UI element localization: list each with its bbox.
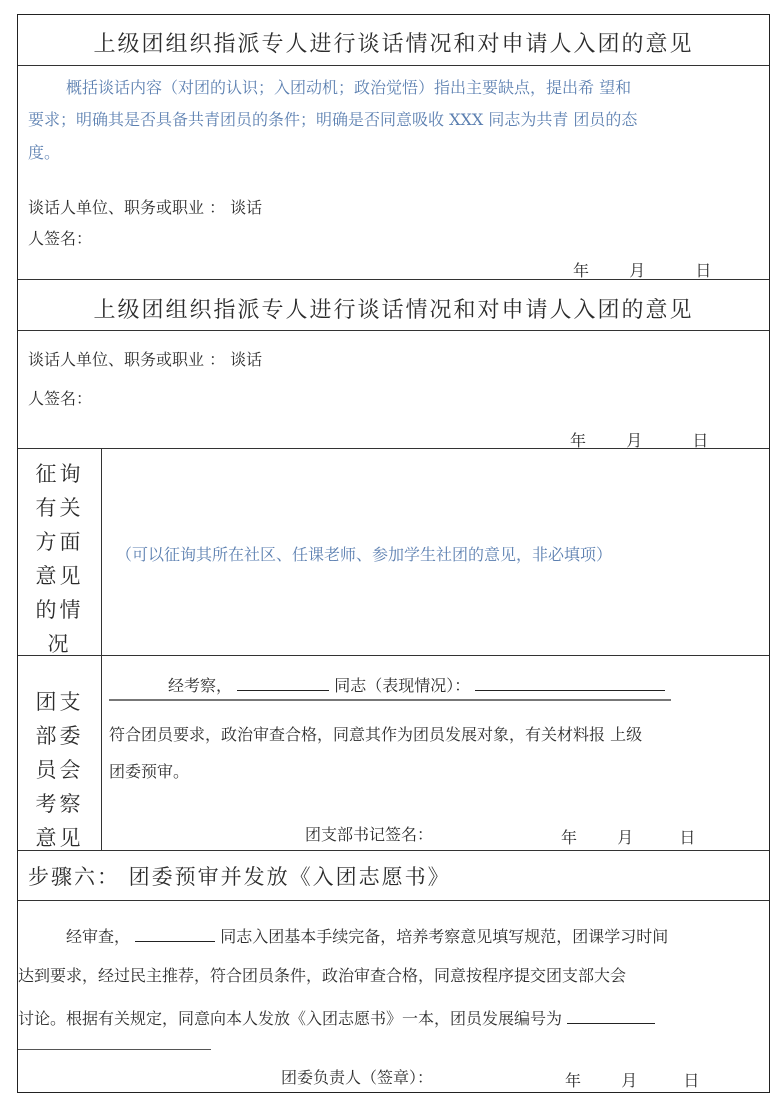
- comrade-name-blank[interactable]: [135, 925, 215, 942]
- side-label-line: 员会: [18, 753, 101, 787]
- side-label-line: 有关: [18, 491, 101, 525]
- section4-line1: 经考察， 同志（表现情况）：: [168, 674, 665, 696]
- line1-prefix: 经审查，: [66, 927, 130, 946]
- comrade-name-blank[interactable]: [237, 674, 329, 691]
- side-label-line: 方面: [18, 525, 101, 559]
- year-label: 年: [565, 1068, 581, 1091]
- line1-suffix: 同志入团基本手续完备，培养考察意见填写规范，团课学习时间: [220, 927, 668, 946]
- column-divider: [101, 448, 102, 850]
- section5-line3: 讨论。根据有关规定，同意向本人发放《入团志愿书》一本，团员发展编号为: [18, 1007, 655, 1029]
- section5-date[interactable]: 年 月 日: [565, 1068, 699, 1091]
- line1-prefix: 经考察，: [168, 676, 232, 695]
- section2-title: 上级团组织指派专人进行谈话情况和对申请人入团的意见: [18, 293, 769, 324]
- line1-middle: 同志（表现情况）：: [334, 676, 470, 695]
- side-label-line: 意见: [18, 559, 101, 593]
- section5-line1: 经审查， 同志入团基本手续完备，培养考察意见填写规范，团课学习时间: [66, 925, 668, 947]
- section4-body-line2: 团委预审。: [109, 762, 189, 782]
- side-label-line: 的情: [18, 593, 101, 627]
- side-label-line: 部委: [18, 719, 101, 753]
- year-label: 年: [573, 258, 589, 281]
- section1-interviewer-field[interactable]: 谈话人单位、职务或职业 ： 谈话: [28, 198, 262, 218]
- section3-hint[interactable]: （可以征询其所在社区、任课老师、参加学生社团的意见，非必填项）: [116, 545, 612, 565]
- section5-line2: 达到要求，经过民主推荐，符合团员条件，政治审查合格，同意按程序提交团支部大会: [18, 966, 626, 986]
- side-label-line: 团支: [18, 685, 101, 719]
- divider: [18, 330, 769, 331]
- performance-blank[interactable]: [475, 674, 665, 691]
- divider: [18, 900, 769, 901]
- section2-signature-field[interactable]: 人签名：: [28, 389, 92, 409]
- section4-date[interactable]: 年 月 日: [561, 825, 695, 848]
- side-label-line: 考察: [18, 787, 101, 821]
- divider: [18, 448, 769, 449]
- section1-instruction-line3: 度。: [28, 143, 60, 163]
- side-label-line: 征询: [18, 457, 101, 491]
- section1-instruction-line1: 概括谈话内容（对团的认识；入团动机；政治觉悟）指出主要缺点，提出希 望和: [66, 78, 631, 98]
- divider: [18, 279, 769, 280]
- section5-signature-field[interactable]: 团委负责人（签章）：: [281, 1068, 433, 1088]
- month-label: 月: [621, 1068, 637, 1091]
- section1-instruction-line2: 要求；明确其是否具备共青团员的条件；明确是否同意吸收 XXX 同志为共青 团员的…: [28, 110, 637, 130]
- section2-interviewer-field[interactable]: 谈话人单位、职务或职业 ： 谈话: [28, 350, 262, 370]
- section5-title: 步骤六： 团委预审并发放《入团志愿书》: [28, 864, 451, 890]
- day-label: 日: [695, 258, 711, 281]
- section4-signature-field[interactable]: 团支部书记签名：: [305, 825, 433, 845]
- day-label: 日: [683, 1068, 699, 1091]
- divider: [18, 65, 769, 66]
- section4-side-label: 团支 部委 员会 考察 意见: [18, 685, 101, 855]
- development-number-continuation-blank[interactable]: [18, 1049, 211, 1050]
- section1-signature-field[interactable]: 人签名：: [28, 229, 92, 249]
- line3-text: 讨论。根据有关规定，同意向本人发放《入团志愿书》一本，团员发展编号为: [18, 1009, 562, 1028]
- section4-body-line1: 符合团员要求，政治审查合格，同意其作为团员发展对象，有关材料报 上级: [109, 725, 642, 745]
- league-application-form: 上级团组织指派专人进行谈话情况和对申请人入团的意见 概括谈话内容（对团的认识；入…: [17, 14, 770, 1093]
- day-label: 日: [679, 825, 695, 848]
- development-number-blank[interactable]: [567, 1007, 655, 1024]
- section1-title: 上级团组织指派专人进行谈话情况和对申请人入团的意见: [18, 27, 769, 58]
- divider: [18, 850, 769, 851]
- section1-date[interactable]: 年 月 日: [573, 258, 711, 281]
- month-label: 月: [617, 825, 633, 848]
- divider: [18, 655, 769, 656]
- section3-side-label: 征询 有关 方面 意见 的情 况: [18, 457, 101, 661]
- performance-continuation-blank[interactable]: [109, 699, 671, 701]
- month-label: 月: [629, 258, 645, 281]
- year-label: 年: [561, 825, 577, 848]
